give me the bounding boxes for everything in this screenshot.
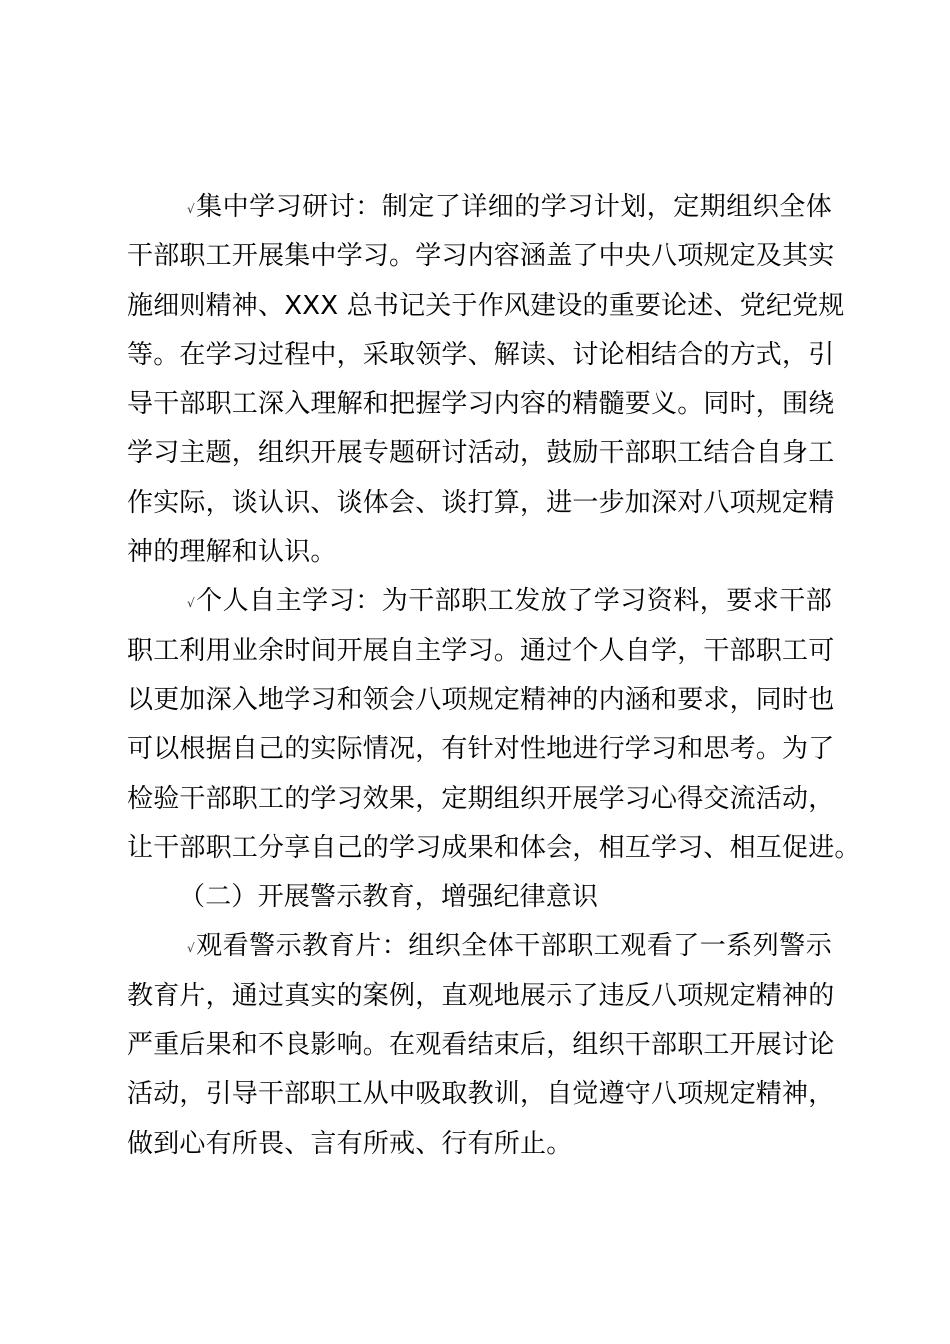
paragraph-line: 神的理解和认识。 (127, 528, 832, 577)
paragraph-line: 可以根据自己的实际情况，有针对性地进行学习和思考。为了 (127, 725, 832, 774)
paragraph-line: √个人自主学习：为干部职工发放了学习资料，要求干部 (127, 577, 832, 626)
text-run: 观看警示教育片：组织全体干部职工观看了一系列警示 (196, 931, 832, 961)
paragraph-line: 学习主题，组织开展专题研讨活动，鼓励干部职工结合自身工 (127, 429, 832, 478)
checkmark-bullet-icon: √ (187, 185, 195, 234)
paragraph-line: 作实际，谈认识、谈体会、谈打算，进一步加深对八项规定精 (127, 479, 832, 528)
paragraph-line: 严重后果和不良影响。在观看结束后，组织干部职工开展讨论 (127, 1021, 832, 1070)
paragraph-line: 活动，引导干部职工从中吸取教训，自觉遵守八项规定精神， (127, 1070, 832, 1119)
document-page: √集中学习研讨：制定了详细的学习计划，定期组织全体 干部职工开展集中学习。学习内… (0, 0, 950, 1344)
paragraph-line: 教育片，通过真实的案例，直观地展示了违反八项规定精神的 (127, 972, 832, 1021)
paragraph-line: √观看警示教育片：组织全体干部职工观看了一系列警示 (127, 922, 832, 971)
document-body: √集中学习研讨：制定了详细的学习计划，定期组织全体 干部职工开展集中学习。学习内… (127, 183, 832, 1169)
paragraph-line: 施细则精神、XXX 总书记关于作风建设的重要论述、党纪党规 (127, 282, 832, 331)
paragraph-line: 职工利用业余时间开展自主学习。通过个人自学，干部职工可 (127, 627, 832, 676)
section-heading: （二）开展警示教育，增强纪律意识 (127, 873, 832, 922)
paragraph-line: 等。在学习过程中，采取领学、解读、讨论相结合的方式，引 (127, 331, 832, 380)
paragraph-line: 检验干部职工的学习效果，定期组织开展学习心得交流活动， (127, 775, 832, 824)
checkmark-bullet-icon: √ (187, 579, 195, 628)
paragraph-line: 让干部职工分享自己的学习成果和体会，相互学习、相互促进。 (127, 824, 832, 873)
text-run: 集中学习研讨：制定了详细的学习计划，定期组织全体 (196, 192, 832, 222)
checkmark-bullet-icon: √ (187, 924, 195, 973)
paragraph-line: √集中学习研讨：制定了详细的学习计划，定期组织全体 (127, 183, 832, 232)
paragraph-line: 以更加深入地学习和领会八项规定精神的内涵和要求，同时也 (127, 676, 832, 725)
paragraph-line: 导干部职工深入理解和把握学习内容的精髓要义。同时，围绕 (127, 380, 832, 429)
paragraph-line: 做到心有所畏、言有所戒、行有所止。 (127, 1120, 832, 1169)
text-run: 个人自主学习：为干部职工发放了学习资料，要求干部 (196, 586, 832, 616)
paragraph-line: 干部职工开展集中学习。学习内容涵盖了中央八项规定及其实 (127, 232, 832, 281)
